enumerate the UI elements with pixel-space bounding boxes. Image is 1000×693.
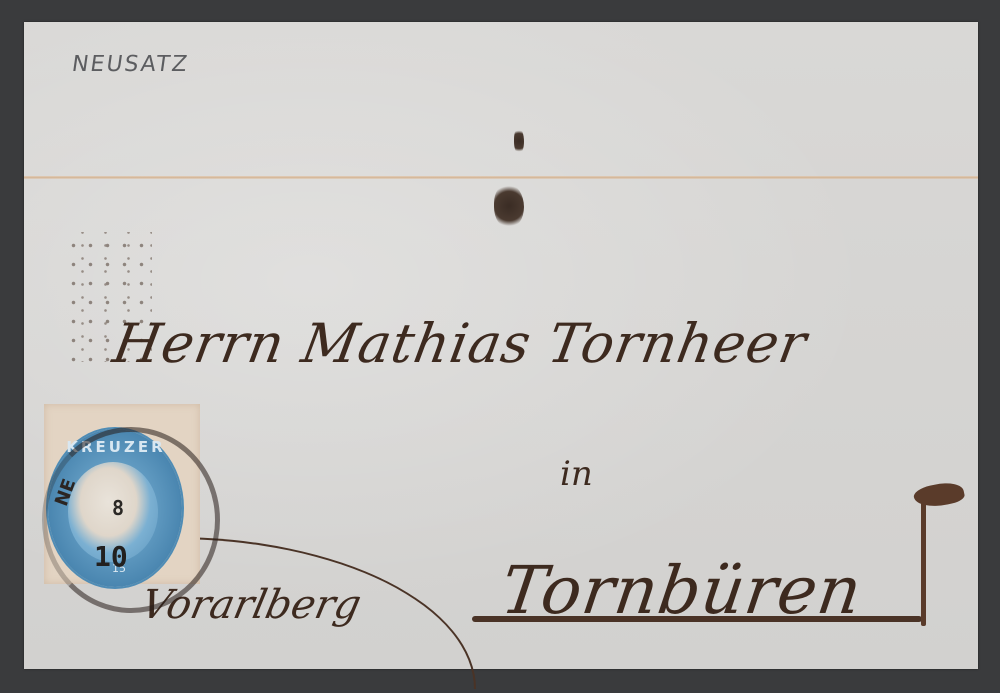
postmark-day: 8 [112,496,124,520]
pencil-annotation: NEUSATZ [70,52,190,77]
town-underline [472,616,922,622]
postal-cover: NEUSATZ Herrn Mathias Tornheer in Tornbü… [24,22,978,669]
ink-blot-top [494,184,524,228]
address-preposition: in [560,454,593,494]
addressee-name: Herrn Mathias Tornheer [108,312,811,375]
postmark-ring [42,427,220,613]
ink-blot-top-small [514,128,524,154]
ink-bracket [921,492,926,626]
fold-crease [24,176,978,179]
postmark-month: 10 [94,540,128,573]
